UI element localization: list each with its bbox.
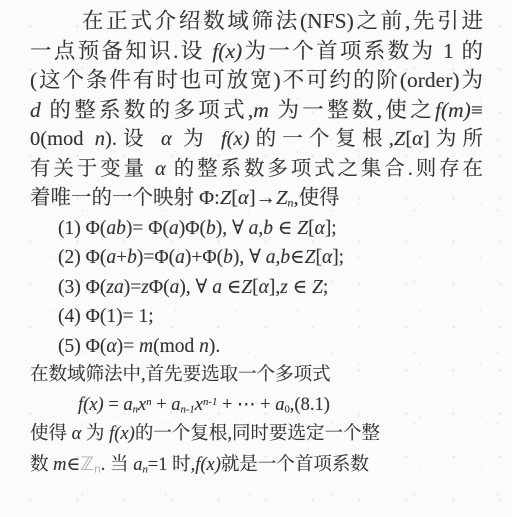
- text-segment: b: [127, 247, 137, 268]
- text-segment: Z: [394, 128, 405, 150]
- text-segment: 使得: [30, 424, 72, 444]
- text-segment: =: [104, 395, 124, 415]
- text-segment: (这个条件有时也可放宽)不可约的阶(order)为: [30, 68, 483, 92]
- text-segment: (4) Φ(1)= 1;: [58, 306, 154, 327]
- text-segment: 有关于变量: [30, 158, 155, 180]
- text-segment: ∈: [67, 455, 81, 475]
- text-segment: b: [280, 247, 290, 268]
- text-segment: Z: [220, 187, 231, 209]
- text-segment: 的整系数多项式之集合.则存在: [166, 158, 483, 180]
- scanned-page: 在正式介绍数域筛法(NFS)之前,先引进一点预备知识.设 f(x)为一个首项系数…: [0, 0, 512, 517]
- intro-line-7: 着唯一的一个映射 Φ:Z[α]→Zn,使得: [30, 184, 483, 214]
- property-item-2: (2) Φ(a+b)=Φ(a)+Φ(b), ∀ a,b∈Z[α];: [30, 243, 483, 273]
- text-segment: )=Φ(: [137, 247, 175, 268]
- text-segment: Z: [276, 187, 287, 209]
- property-item-1: (1) Φ(ab)= Φ(a)Φ(b), ∀ a,b ∈ Z[α];: [30, 214, 483, 244]
- text-segment: (1) Φ(: [58, 218, 106, 239]
- text-segment: 就是一个首项系数: [221, 455, 369, 475]
- text-segment: 为: [81, 424, 109, 444]
- text-segment: )Φ(: [179, 218, 206, 239]
- text-segment: 在正式介绍数域筛法(NFS)之前,先引进: [82, 9, 483, 33]
- text-segment: ];: [332, 247, 344, 268]
- text-segment: ]→: [249, 187, 276, 209]
- text-segment: f(x): [221, 128, 249, 150]
- double-struck-z-symbol: n: [94, 462, 101, 475]
- text-segment: Z: [297, 218, 308, 239]
- text-segment: a: [123, 395, 132, 415]
- text-segment: z: [141, 277, 149, 298]
- text-segment: α: [315, 218, 325, 239]
- text-segment: 一点预备知识.设: [30, 39, 212, 63]
- text-segment: 在数域筛法中,首先要选取一个多项式: [30, 365, 331, 385]
- intro-line-5: 0(mod n).设 α 为 f(x)的一个复根,Z[α]为所: [30, 125, 483, 155]
- text-segment: 数: [30, 455, 53, 475]
- text-segment: f(x): [78, 395, 104, 415]
- text-segment: 0(mod: [30, 128, 95, 150]
- intro-line-2: 一点预备知识.设 f(x)为一个首项系数为 1 的: [30, 37, 483, 67]
- text-segment: (mod: [153, 336, 199, 357]
- text-segment: za: [106, 277, 123, 298]
- intro-line-1: 在正式介绍数域筛法(NFS)之前,先引进: [30, 7, 483, 37]
- text-segment: ∈: [222, 277, 241, 298]
- text-segment: α: [72, 424, 82, 444]
- text-segment: ).: [209, 336, 220, 357]
- text-segment: (2) Φ(: [58, 247, 106, 268]
- text-segment: ), ∀: [233, 247, 266, 268]
- text-segment: 的整系数的多项式,: [41, 98, 254, 122]
- text-segment: x: [138, 395, 146, 415]
- text-segment: n-1: [203, 396, 217, 408]
- text-segment: ,使得: [293, 187, 339, 209]
- text-segment: f(m): [435, 98, 471, 122]
- intro-line-4: d 的整系数的多项式,m 为一整数,使之f(m)≡: [30, 96, 483, 126]
- text-segment: n: [199, 336, 209, 357]
- text-segment: n: [95, 128, 105, 150]
- text-segment: ∈: [290, 247, 304, 268]
- text-segment: +: [152, 395, 172, 415]
- text-segment: a: [169, 218, 179, 239]
- text-segment: a: [171, 395, 180, 415]
- equation-8-1: f(x) = anxn + an-1xn-1 + ⋯ + a0,(8.1): [30, 391, 483, 421]
- text-segment: 为一个首项系数为 1 的: [242, 39, 483, 63]
- text-segment: f(x): [212, 39, 242, 63]
- text-segment: z: [280, 277, 288, 298]
- text-segment: )=: [124, 277, 142, 298]
- intro-line-6: 有关于变量 α 的整系数多项式之集合.则存在: [30, 155, 483, 185]
- text-segment: ab: [106, 218, 126, 239]
- text-segment: 为: [172, 128, 221, 150]
- text-segment: ≡: [471, 98, 483, 122]
- text-segment: α: [259, 277, 269, 298]
- text-segment: )=: [117, 336, 139, 357]
- text-segment: =1 时,: [148, 455, 195, 475]
- text-segment: a: [249, 218, 259, 239]
- text-segment: a: [170, 277, 180, 298]
- text-segment: (3) Φ(: [58, 277, 106, 298]
- double-struck-z-symbol: ℤ: [80, 454, 94, 475]
- text-segment: 的一个复根,同时要选定一个整: [135, 424, 380, 444]
- text-segment: α: [106, 336, 116, 357]
- text-segment: . 当: [101, 455, 133, 475]
- text-segment: +: [116, 247, 127, 268]
- text-segment: ;: [323, 277, 328, 298]
- text-segment: )+Φ(: [185, 247, 223, 268]
- text-segment: x: [195, 395, 203, 415]
- text-segment: Φ(: [149, 277, 170, 298]
- text-segment: f(x): [109, 424, 135, 444]
- text-segment: Z: [312, 277, 323, 298]
- nfs-paragraph-line-3: 数 m∈ℤn. 当 an=1 时,f(x)就是一个首项系数: [30, 450, 483, 480]
- text-segment: f(x): [195, 455, 221, 475]
- text-segment: (5) Φ(: [58, 336, 106, 357]
- text-segment: Z: [305, 247, 316, 268]
- text-segment: α: [412, 128, 423, 150]
- text-segment: ), ∀: [216, 218, 249, 239]
- text-segment: α: [322, 247, 332, 268]
- text-segment: α: [155, 158, 166, 180]
- text-segment: Z: [241, 277, 252, 298]
- text-segment: m: [139, 336, 153, 357]
- text-segment: m: [253, 98, 269, 122]
- property-item-5: (5) Φ(α)= m(mod n).: [30, 332, 483, 362]
- text-segment: a: [212, 277, 222, 298]
- text-segment: + ⋯ +: [217, 395, 275, 415]
- text-segment: α: [238, 187, 249, 209]
- text-segment: ), ∀: [179, 277, 212, 298]
- text-segment: 着唯一的一个映射 Φ:: [30, 187, 220, 209]
- property-item-4: (4) Φ(1)= 1;: [30, 302, 483, 332]
- text-segment: 的一个复根,: [249, 128, 393, 150]
- text-segment: a: [175, 247, 185, 268]
- text-segment: ∈: [273, 218, 297, 239]
- text-segment: α: [161, 128, 172, 150]
- nfs-paragraph-line-2: 使得 α 为 f(x)的一个复根,同时要选定一个整: [30, 420, 483, 450]
- intro-line-3: (这个条件有时也可放宽)不可约的阶(order)为: [30, 66, 483, 96]
- text-segment: ],: [269, 277, 280, 298]
- text-segment: )= Φ(: [126, 218, 169, 239]
- text-segment: ).设: [105, 128, 161, 150]
- text-segment: d: [30, 98, 41, 122]
- text-segment: ]为所: [423, 128, 483, 150]
- text-segment: b: [263, 218, 273, 239]
- text-segment: ,(8.1): [290, 395, 330, 415]
- text-segment: 为一整数,使之: [269, 98, 435, 122]
- text-segment: b: [206, 218, 216, 239]
- nfs-paragraph-line-1: 在数域筛法中,首先要选取一个多项式: [30, 361, 483, 391]
- text-segment: b: [223, 247, 233, 268]
- text-segment: a: [266, 247, 276, 268]
- property-item-3: (3) Φ(za)=zΦ(a), ∀ a ∈Z[α],z ∈ Z;: [30, 273, 483, 303]
- text-block: 在正式介绍数域筛法(NFS)之前,先引进一点预备知识.设 f(x)为一个首项系数…: [30, 7, 483, 479]
- text-segment: n-1: [181, 403, 195, 415]
- text-segment: ];: [325, 218, 337, 239]
- text-segment: m: [53, 455, 66, 475]
- text-segment: a: [106, 247, 116, 268]
- text-segment: ∈: [288, 277, 312, 298]
